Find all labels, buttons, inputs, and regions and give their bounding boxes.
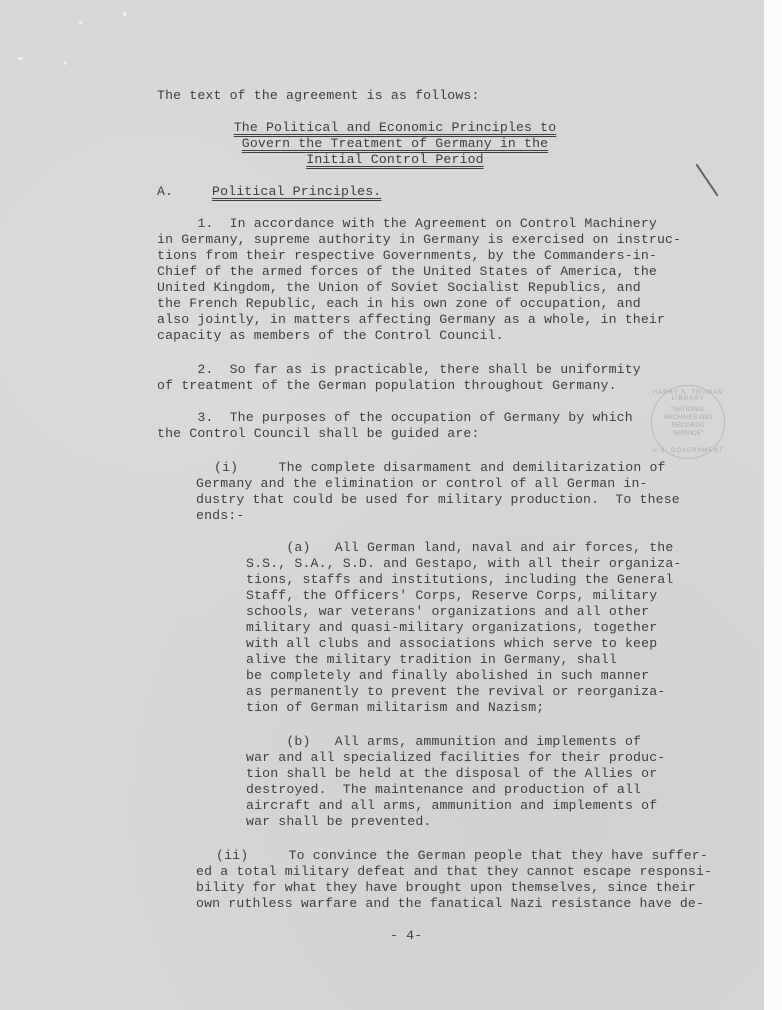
paragraph-line: military and quasi-military organization…: [246, 620, 657, 636]
paragraph-line: ed a total military defeat and that they…: [196, 864, 712, 880]
paragraph-line: tion shall be held at the disposal of th…: [246, 766, 657, 782]
title-line-2: Govern the Treatment of Germany in the: [200, 136, 590, 152]
section-letter: A.: [157, 184, 173, 200]
paragraph-line: war and all specialized facilities for t…: [246, 750, 665, 766]
section-heading: Political Principles.: [212, 184, 381, 200]
paragraph-line: tions from their respective Governments,…: [157, 248, 657, 264]
paragraph-line: dustry that could be used for military p…: [196, 492, 680, 508]
paragraph-line: aircraft and all arms, ammunition and im…: [246, 798, 657, 814]
paper-speck: [64, 61, 66, 65]
stamp-middle-line: SERVICE": [652, 430, 724, 438]
paragraph-line: with all clubs and associations which se…: [246, 636, 657, 652]
paragraph-line: (a) All German land, naval and air force…: [246, 540, 673, 556]
stamp-middle-line: "NATIONAL: [652, 406, 724, 414]
paragraph-line: destroyed. The maintenance and productio…: [246, 782, 641, 798]
stamp-bottom-text: U.S. GOVERNMENT: [652, 448, 724, 454]
paragraph-line: tions, staffs and institutions, includin…: [246, 572, 673, 588]
stamp-middle-line: ARCHIVES AND: [652, 414, 724, 422]
paragraph-line: 2. So far as is practicable, there shall…: [157, 362, 641, 378]
paper-speck: [123, 12, 126, 17]
paragraph-line: in Germany, supreme authority in Germany…: [157, 232, 681, 248]
paragraph-line: (b) All arms, ammunition and implements …: [246, 734, 641, 750]
stamp-top-text: HARRY S. TRUMAN LIBRARY: [652, 390, 724, 402]
paragraph-line: S.S., S.A., S.D. and Gestapo, with all t…: [246, 556, 681, 572]
paragraph-line: United Kingdom, the Union of Soviet Soci…: [157, 280, 641, 296]
title-line-1: The Political and Economic Principles to: [200, 120, 590, 136]
paragraph-line: Germany and the elimination or control o…: [196, 476, 648, 492]
paragraph-line: 3. The purposes of the occupation of Ger…: [157, 410, 633, 426]
paragraph-line: of treatment of the German population th…: [157, 378, 617, 394]
paragraph-line: war shall be prevented.: [246, 814, 431, 830]
paper-speck: [79, 21, 82, 24]
paper-speck: [18, 57, 23, 60]
page-number: - 4-: [390, 928, 422, 944]
paragraph-line: also jointly, in matters affecting Germa…: [157, 312, 665, 328]
paragraph-line: the French Republic, each in his own zon…: [157, 296, 641, 312]
paragraph-line: (ii) To convince the German people that …: [216, 848, 708, 864]
paragraph-line: tion of German militarism and Nazism;: [246, 700, 544, 716]
paragraph-line: Staff, the Officers' Corps, Reserve Corp…: [246, 588, 657, 604]
paragraph-line: capacity as members of the Control Counc…: [157, 328, 504, 344]
paragraph-line: own ruthless warfare and the fanatical N…: [196, 896, 704, 912]
stamp-middle-line: RECORDS: [652, 422, 724, 430]
paragraph-line: alive the military tradition in Germany,…: [246, 652, 617, 668]
paragraph-line: ends:-: [196, 508, 244, 524]
paragraph-line: Chief of the armed forces of the United …: [157, 264, 657, 280]
paragraph-line: be completely and finally abolished in s…: [246, 668, 649, 684]
archive-stamp: HARRY S. TRUMAN LIBRARY "NATIONAL ARCHIV…: [651, 385, 725, 459]
paragraph-line: 1. In accordance with the Agreement on C…: [157, 216, 657, 232]
scanned-page: The text of the agreement is as follows:…: [0, 0, 764, 1010]
pencil-mark: [696, 164, 719, 197]
paragraph-line: bility for what they have brought upon t…: [196, 880, 696, 896]
intro-text: The text of the agreement is as follows:: [157, 88, 480, 104]
paragraph-line: the Control Council shall be guided are:: [157, 426, 480, 442]
title-line-3: Initial Control Period: [200, 152, 590, 168]
paragraph-line: (i) The complete disarmament and demilit…: [214, 460, 666, 476]
paragraph-line: schools, war veterans' organizations and…: [246, 604, 649, 620]
paragraph-line: as permanently to prevent the revival or…: [246, 684, 665, 700]
scan-margin: [764, 0, 782, 1010]
